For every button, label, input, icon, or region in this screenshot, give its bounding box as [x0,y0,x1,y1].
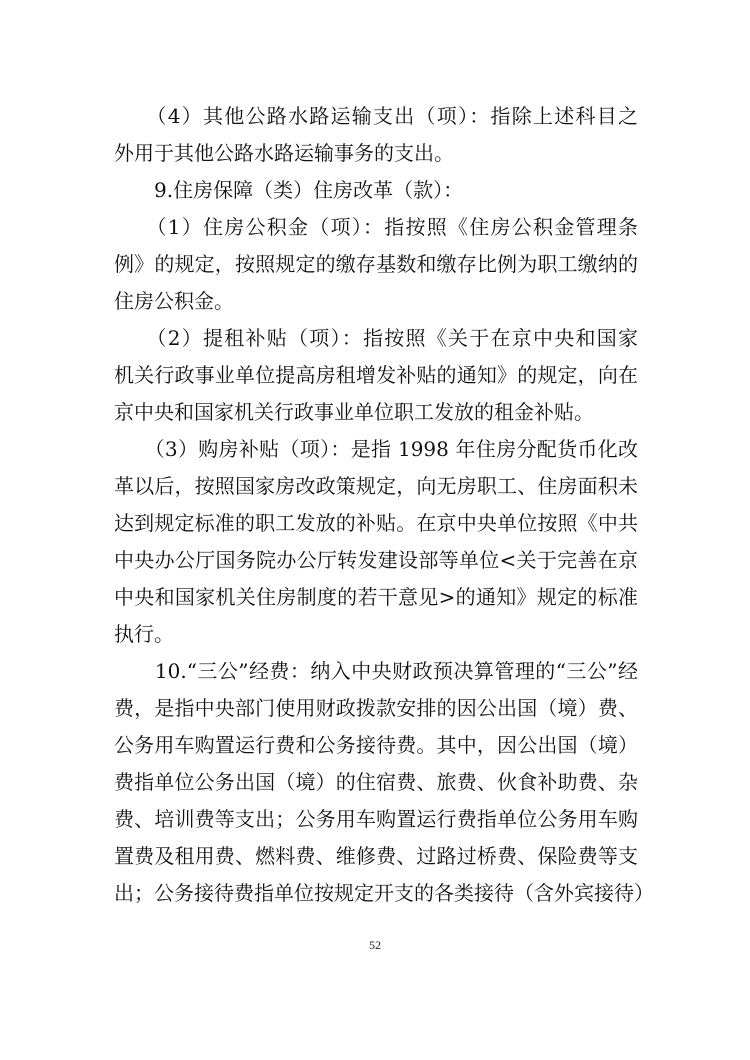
text-line: （3）购房补贴（项）：是指 1998 年住房分配货币化改 [114,436,638,462]
text-line: 外用于其他公路水路运输事务的支出。 [114,140,638,166]
text-line: 机关行政事业单位提高房租增发补贴的通知》的规定，向在 [114,362,638,388]
text-line: 出；公务接待费指单位按规定开支的各类接待（含外宾接待） [114,880,638,906]
text-line: 10.“三公”经费：纳入中央财政预决算管理的“三公”经 [114,658,638,684]
text-line: 革以后，按照国家房改政策规定，向无房职工、住房面积未 [114,473,638,499]
text-line: 住房公积金。 [114,288,638,314]
page-number: 52 [0,938,750,953]
text-line: 费、培训费等支出；公务用车购置运行费指单位公务用车购 [114,806,638,832]
text-line: 执行。 [114,621,638,647]
text-line: 京中央和国家机关行政事业单位职工发放的租金补贴。 [114,399,638,425]
text-line: 中央和国家机关住房制度的若干意见>的通知》规定的标准 [114,584,638,610]
text-line: 置费及租用费、燃料费、维修费、过路过桥费、保险费等支 [114,843,638,869]
text-line: （2）提租补贴（项）：指按照《关于在京中央和国家 [114,325,638,351]
document-page: （4）其他公路水路运输支出（项）：指除上述科目之外用于其他公路水路运输事务的支出… [0,0,750,1060]
text-line: 费，是指中央部门使用财政拨款安排的因公出国（境）费、 [114,695,638,721]
text-line: 公务用车购置运行费和公务接待费。其中，因公出国（境） [114,732,638,758]
text-line: 例》的规定，按照规定的缴存基数和缴存比例为职工缴纳的 [114,251,638,277]
text-line: 9.住房保障（类）住房改革（款）： [114,177,638,203]
text-line: 达到规定标准的职工发放的补贴。在京中央单位按照《中共 [114,510,638,536]
text-line: （1）住房公积金（项）：指按照《住房公积金管理条 [114,214,638,240]
text-line: （4）其他公路水路运输支出（项）：指除上述科目之 [114,103,638,129]
text-line: 费指单位公务出国（境）的住宿费、旅费、伙食补助费、杂 [114,769,638,795]
text-line: 中央办公厅国务院办公厅转发建设部等单位<关于完善在京 [114,547,638,573]
